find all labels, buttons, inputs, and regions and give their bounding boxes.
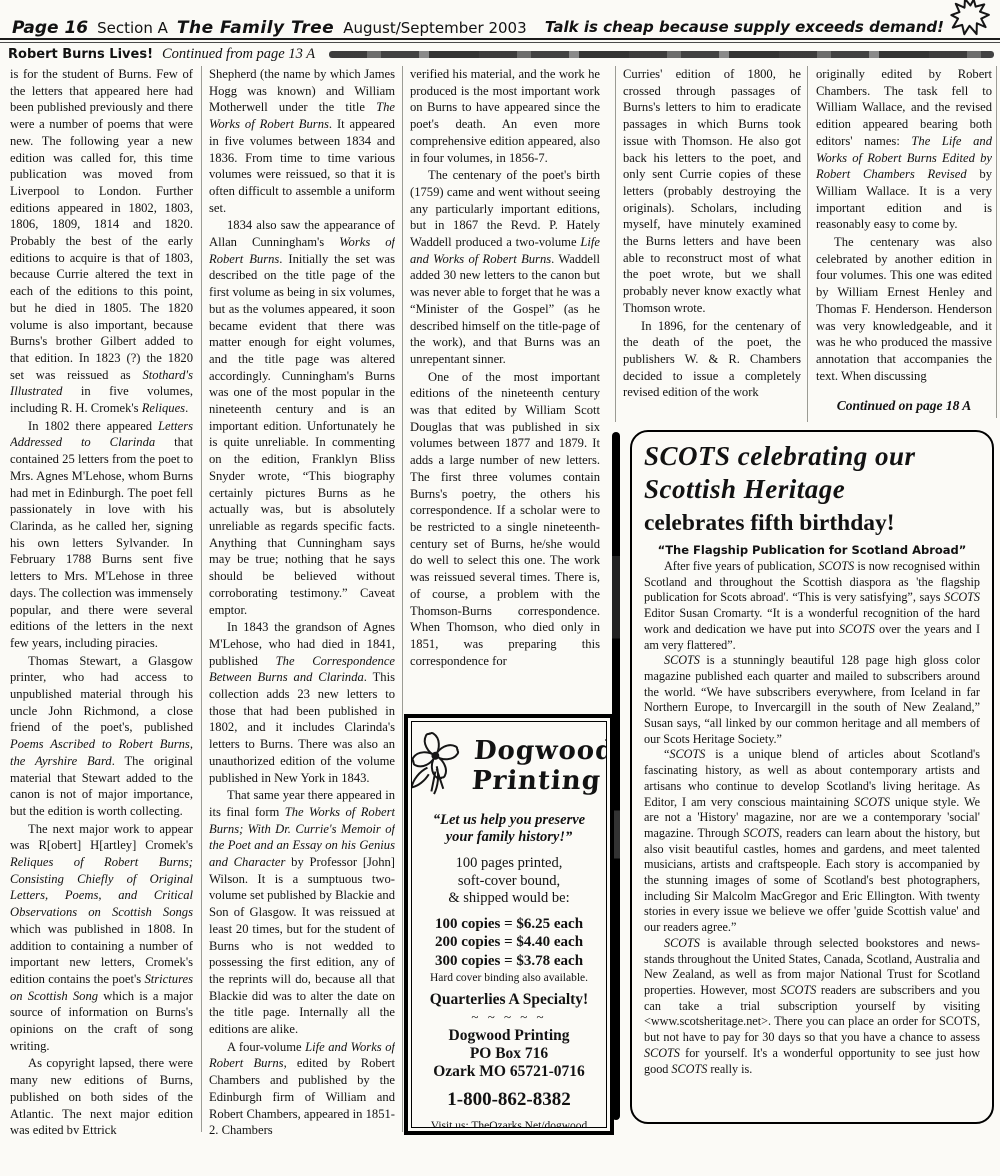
masthead-left: Page 16 Section A The Family Tree August… [12, 18, 527, 38]
paragraph: In 1896, for the centenary of the death … [623, 318, 801, 402]
column-rule [402, 66, 403, 1132]
masthead: Page 16 Section A The Family Tree August… [12, 6, 990, 38]
ad-offer-line: & shipped would be: [417, 890, 601, 908]
continued-from-note: Continued from page 13 A [162, 46, 315, 63]
continued-on-note: Continued on page 18 A [816, 398, 992, 415]
ad-visit-url: Visit us: TheOzarks.Net/dogwood [417, 1119, 601, 1128]
ad-prices: 100 copies = $6.25 each 200 copies = $4.… [417, 915, 601, 971]
scots-paragraph: SCOTS is a stunningly beautiful 128 page… [644, 653, 980, 747]
masthead-rule-top [0, 38, 1000, 40]
ad-price-line: 300 copies = $3.78 each [417, 952, 601, 971]
paragraph: That same year there appeared in its fin… [209, 787, 395, 1038]
article-column-4: Curries' edition of 1800, he crossed thr… [623, 66, 801, 418]
ad-title: Dogwood Printing [471, 736, 607, 796]
paragraph: As copyright lapsed, there were many new… [10, 1055, 193, 1134]
ad-offer-line: soft-cover bound, [417, 873, 601, 891]
paragraph: The next major work to appear was R[ober… [10, 821, 193, 1055]
column-rule [615, 66, 616, 422]
scots-article-box: SCOTS celebrating our Scottish Heritage … [630, 430, 994, 1124]
ad-inner-frame: Dogwood Printing “Let us help you preser… [411, 721, 607, 1128]
masthead-rule-bottom [0, 42, 1000, 43]
ad-tilde-divider: ~ ~ ~ ~ ~ [417, 1012, 601, 1022]
scots-paragraph: “SCOTS is a unique blend of articles abo… [644, 747, 980, 935]
ad-title-line2: Printing [471, 766, 602, 796]
burst-doodle-icon [950, 0, 990, 38]
ad-phone: 1-800-862-8382 [417, 1089, 601, 1111]
dogwood-printing-ad: Dogwood Printing “Let us help you preser… [404, 714, 614, 1135]
paragraph: originally edited by Robert Chambers. Th… [816, 66, 992, 233]
paragraph: 1834 also saw the appearance of Allan Cu… [209, 217, 395, 618]
masthead-right: Talk is cheap because supply exceeds dem… [545, 0, 990, 38]
paragraph: A four-volume Life and Works of Robert B… [209, 1039, 395, 1134]
newspaper-page: Page 16 Section A The Family Tree August… [0, 0, 1000, 1176]
scots-paragraph: SCOTS is available through selected book… [644, 936, 980, 1077]
paragraph: The centenary was also celebrated by ano… [816, 234, 992, 384]
scots-tagline: “The Flagship Publication for Scotland A… [644, 543, 980, 557]
paragraph: Thomas Stewart, a Glasgow printer, who h… [10, 653, 193, 820]
ad-price-line: 100 copies = $6.25 each [417, 915, 601, 934]
paragraph: The centenary of the poet's birth (1759)… [410, 167, 600, 367]
scots-subheadline: celebrates fifth birthday! [644, 508, 980, 538]
scots-paragraph: After five years of publication, SCOTS i… [644, 559, 980, 653]
ad-address: Dogwood Printing PO Box 716 Ozark MO 657… [417, 1027, 601, 1081]
ad-price-line: 200 copies = $4.40 each [417, 933, 601, 952]
scots-body: After five years of publication, SCOTS i… [644, 559, 980, 1077]
issue-date: August/September 2003 [343, 19, 526, 37]
paragraph: In 1843 the grandson of Agnes M'Lehose, … [209, 619, 395, 786]
masthead-motto: Talk is cheap because supply exceeds dem… [545, 18, 944, 38]
paragraph: is for the student of Burns. Few of the … [10, 66, 193, 417]
article-kicker-row: Robert Burns Lives! Continued from page … [8, 47, 994, 62]
paragraph: Curries' edition of 1800, he crossed thr… [623, 66, 801, 317]
column-rule [807, 66, 808, 422]
ad-slogan-line1: “Let us help you preserve [433, 812, 585, 828]
ad-address-line: Ozark MO 65721-0716 [417, 1063, 601, 1081]
ink-smudge-bar [329, 51, 994, 58]
ad-slogan: “Let us help you preserve your family hi… [417, 812, 601, 846]
ad-address-line: PO Box 716 [417, 1045, 601, 1063]
column-rule [996, 66, 997, 418]
article-title: Robert Burns Lives! [8, 47, 153, 62]
ad-header: Dogwood Printing [417, 728, 601, 804]
page-label: Page 16 [12, 18, 88, 38]
paragraph: In 1802 there appeared Letters Addressed… [10, 418, 193, 652]
article-column-1: is for the student of Burns. Few of the … [10, 66, 193, 1134]
article-column-3: verified his material, and the work he p… [410, 66, 600, 708]
scots-headline: SCOTS celebrating our Scottish Heritage [644, 440, 980, 506]
paragraph: verified his material, and the work he p… [410, 66, 600, 166]
ad-title-line1: Dogwood [473, 736, 607, 766]
ad-offer-line: 100 pages printed, [417, 855, 601, 873]
article-column-5: originally edited by Robert Chambers. Th… [816, 66, 992, 422]
paragraph: Shepherd (the name by which James Hogg w… [209, 66, 395, 216]
ad-specialty: Quarterlies A Specialty! [417, 991, 601, 1009]
ad-address-line: Dogwood Printing [417, 1027, 601, 1045]
ad-offer: 100 pages printed, soft-cover bound, & s… [417, 855, 601, 908]
ad-slogan-line2: your family history!” [446, 829, 572, 845]
paragraph: One of the most important editions of th… [410, 369, 600, 670]
column-rule [201, 66, 202, 1132]
dogwood-flower-icon [411, 728, 471, 804]
publication-title: The Family Tree [177, 18, 334, 38]
ad-hardcover-note: Hard cover binding also available. [417, 972, 601, 984]
article-column-2: Shepherd (the name by which James Hogg w… [209, 66, 395, 1134]
section-label: Section A [97, 19, 168, 37]
